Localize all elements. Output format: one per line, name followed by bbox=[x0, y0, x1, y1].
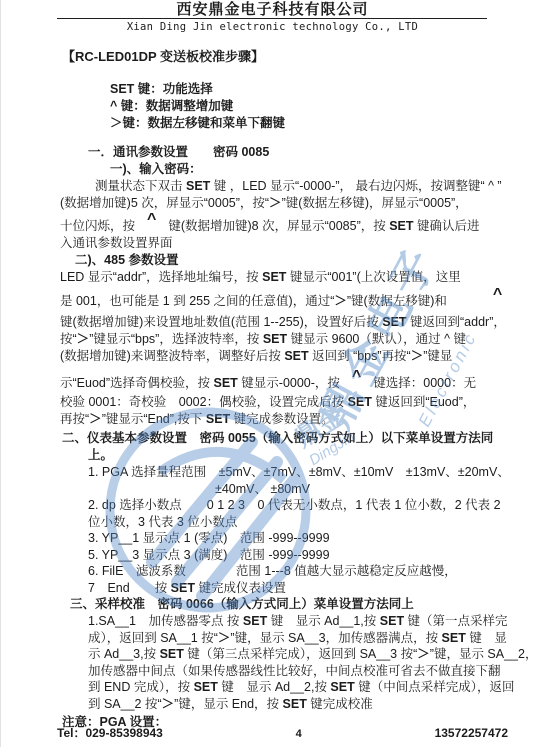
page-header: 西安鼎金电子科技有限公司 Xian Ding Jin electronic te… bbox=[0, 0, 545, 36]
doc-line-text: 按“＞”键显示“bps”，选择波特率，按 SET 键显示 9600（默认），通过… bbox=[60, 332, 466, 346]
doc-line-text: 是 001，也可能是 1 到 255 之间的任意值)，通过“＞”键(数据左移键)… bbox=[60, 294, 447, 308]
doc-line-text: 校验 0001：奇校验 0002：偶校验，设置完成后按 SET 键返回到“Euo… bbox=[60, 395, 475, 409]
doc-line: 【RC-LED01DP 变送板校准步骤】 bbox=[62, 48, 521, 65]
doc-line: 到 END 完成），按 SET 键 显示 Ad__2,按 SET 键（中间点采样… bbox=[88, 679, 521, 696]
document-body: 【RC-LED01DP 变送板校准步骤】SET 键：功能选择^ 键：数据调整增加… bbox=[60, 48, 521, 731]
doc-line-text: 1. PGA 选择量程范围 ±5mV、±7mV、±8mV、±10mV ±13mV… bbox=[88, 465, 510, 479]
document-page: 西安鼎金电子科技有限公司 Xian Ding Jin electronic te… bbox=[0, 0, 545, 747]
doc-line-text: 再按“＞”键显示“End”,按下 SET 键完成参数设置。 bbox=[60, 412, 334, 426]
doc-line-text: 位小数，3 代表 3 位小数点 bbox=[88, 515, 237, 529]
caret-up-symbol: ^ bbox=[135, 211, 168, 228]
doc-line-text: 5. YP__3 显示点 3 (满度) 范围 -999--9999 bbox=[88, 548, 330, 562]
doc-line-text: 1.SA__1 加传感器零点 按 SET 键 显示 Ad__1,按 SET 键（… bbox=[88, 614, 508, 628]
doc-line: 入通讯参数设置界面 bbox=[60, 235, 521, 252]
doc-line-text: 到 SA__2 按“＞”键，显示 End，按 SET 键完成校准 bbox=[88, 697, 373, 711]
doc-line: 校验 0001：奇校验 0002：偶校验，设置完成后按 SET 键返回到“Euo… bbox=[60, 394, 521, 411]
doc-line: 十位闪烁，按^键(数据增加键)8 次，屏显示“0085”，按 SET 键确认后进 bbox=[60, 217, 521, 235]
doc-line-text: 7 End 按 SET 键完成仪表设置 bbox=[88, 581, 286, 595]
doc-line-text: 键(数据增加键)8 次，屏显示“0085”，按 SET 键确认后进 bbox=[168, 219, 479, 233]
doc-line-text: 测量状态下双击 SET 键 ，LED 显示“-0000-”， 最右边闪烁，按调整… bbox=[95, 179, 502, 193]
doc-line-text: ＞键：数据左移键和菜单下翻键 bbox=[110, 116, 285, 130]
doc-line: 是 001，也可能是 1 到 255 之间的任意值)，通过“＞”键(数据左移键)… bbox=[60, 292, 521, 310]
doc-line: 再按“＞”键显示“End”,按下 SET 键完成参数设置。 bbox=[60, 411, 521, 428]
doc-line: 三、采样校准 密码 0066（输入方式同上）菜单设置方法同上 bbox=[70, 596, 521, 613]
caret-up-symbol: ^ bbox=[340, 368, 373, 385]
doc-line-text: (数据增加键)来调整波特率，调整好后按 SET 返回到 “bps”再按“＞”键显 bbox=[60, 349, 452, 363]
doc-line-text: 十位闪烁，按 bbox=[60, 219, 135, 233]
doc-line-text: SET 键：功能选择 bbox=[110, 82, 213, 96]
doc-line: 6. FilE 滤波系数 范围 1---8 值越大显示越稳定反应越慢， bbox=[88, 563, 521, 580]
doc-line: LED 显示“addr”，选择地址编号，按 SET 键显示“001”(上次设置值… bbox=[60, 269, 521, 286]
doc-line-text: (数据增加键)5 次，屏显示“0005”，按“＞”键(数据左移键)，屏显示“00… bbox=[60, 196, 468, 210]
doc-line-text: 一)、输入密码： bbox=[110, 162, 202, 176]
doc-line: 键(数据增加键)来设置地址数值(范围 1--255)，设置好后按 SET 键返回… bbox=[60, 314, 521, 331]
footer-telephone: Tel：029-85398943 bbox=[57, 724, 163, 741]
doc-line-text: 6. FilE 滤波系数 范围 1---8 值越大显示越稳定反应越慢， bbox=[88, 564, 457, 578]
doc-line: ±40mV、 ±80mV bbox=[215, 481, 521, 498]
doc-line: 7 End 按 SET 键完成仪表设置 bbox=[88, 580, 521, 597]
doc-line: 测量状态下双击 SET 键 ，LED 显示“-0000-”， 最右边闪烁，按调整… bbox=[60, 178, 521, 195]
doc-line: 一)、输入密码： bbox=[110, 161, 521, 178]
doc-line: 3. YP__1 显示点 1 (零点) 范围 -999--9999 bbox=[88, 530, 521, 547]
doc-line-text: 键选择：0000：无 bbox=[373, 376, 476, 390]
caret-up-symbol: ^ bbox=[447, 286, 502, 303]
company-name-cn: 西安鼎金电子科技有限公司 bbox=[0, 2, 545, 18]
doc-line-text: 上。 bbox=[88, 448, 113, 462]
doc-line: 二、仪表基本参数设置 密码 0055（输入密码方式如上）以下菜单设置方法同 bbox=[62, 430, 521, 447]
doc-line-text: 2. dp 选择小数点 0 1 2 3 0 代表无小数点，1 代表 1 位小数，… bbox=[88, 498, 501, 512]
doc-line: 按“＞”键显示“bps”，选择波特率，按 SET 键显示 9600（默认），通过… bbox=[60, 331, 521, 348]
doc-line-text: 二、仪表基本参数设置 密码 0055（输入密码方式如上）以下菜单设置方法同 bbox=[62, 431, 493, 445]
doc-line-text: 加传感器中间点（如果传感器线性比较好，中间点校准可省去不做直接下翻 bbox=[88, 664, 501, 678]
footer-mobile-number: 13572257472 bbox=[435, 726, 508, 740]
doc-line: (数据增加键)来调整波特率，调整好后按 SET 返回到 “bps”再按“＞”键显 bbox=[60, 348, 521, 365]
doc-line-text: 一．通讯参数设置 密码 0085 bbox=[88, 145, 269, 159]
doc-line-text: ±40mV、 ±80mV bbox=[215, 482, 310, 496]
doc-line: 位小数，3 代表 3 位小数点 bbox=[88, 514, 521, 531]
doc-line: 示“Euod”选择奇偶校验，按 SET 键显示-0000-，按^键选择：0000… bbox=[60, 374, 521, 392]
doc-line: 成），返回到 SA__1 按“＞”键，显示 SA__3，加传感器满点，按 SET… bbox=[88, 630, 521, 647]
doc-line: 一．通讯参数设置 密码 0085 bbox=[88, 144, 521, 161]
doc-line: 1.SA__1 加传感器零点 按 SET 键 显示 Ad__1,按 SET 键（… bbox=[88, 613, 521, 630]
doc-line: 示 Ad__3,按 SET 键（第三点采样完成），返回到 SA__3 按“＞”键… bbox=[88, 646, 521, 663]
doc-line-text: 到 END 完成），按 SET 键 显示 Ad__2,按 SET 键（中间点采样… bbox=[88, 680, 514, 694]
doc-line: 到 SA__2 按“＞”键，显示 End，按 SET 键完成校准 bbox=[88, 696, 521, 713]
doc-line-text: 键(数据增加键)来设置地址数值(范围 1--255)，设置好后按 SET 键返回… bbox=[60, 315, 506, 329]
doc-line: 二)、485 参数设置 bbox=[75, 252, 521, 269]
doc-line-text: LED 显示“addr”，选择地址编号，按 SET 键显示“001”(上次设置值… bbox=[60, 270, 461, 284]
doc-line-text: 三、采样校准 密码 0066（输入方式同上）菜单设置方法同上 bbox=[70, 597, 414, 611]
company-name-en: Xian Ding Jin electronic technology Co.,… bbox=[0, 19, 545, 36]
doc-line: ^ 键：数据调整增加键 bbox=[110, 98, 521, 115]
doc-line: ＞键：数据左移键和菜单下翻键 bbox=[110, 115, 521, 132]
doc-line: SET 键：功能选择 bbox=[110, 81, 521, 98]
doc-line-text: 成），返回到 SA__1 按“＞”键，显示 SA__3，加传感器满点，按 SET… bbox=[88, 631, 507, 645]
footer-page-number: 4 bbox=[296, 728, 302, 740]
page-footer: Tel：029-85398943 4 13572257472 bbox=[57, 724, 508, 741]
doc-line-text: 【RC-LED01DP 变送板校准步骤】 bbox=[62, 49, 264, 64]
doc-line-text: 示 Ad__3,按 SET 键（第三点采样完成），返回到 SA__3 按“＞”键… bbox=[88, 647, 537, 661]
doc-line: 上。 bbox=[88, 447, 521, 464]
doc-line-text: 3. YP__1 显示点 1 (零点) 范围 -999--9999 bbox=[88, 531, 330, 545]
doc-line: (数据增加键)5 次，屏显示“0005”，按“＞”键(数据左移键)，屏显示“00… bbox=[60, 195, 521, 212]
doc-line-text: 示“Euod”选择奇偶校验，按 SET 键显示-0000-，按 bbox=[60, 376, 340, 390]
doc-line-text: 二)、485 参数设置 bbox=[75, 253, 179, 267]
doc-line: 5. YP__3 显示点 3 (满度) 范围 -999--9999 bbox=[88, 547, 521, 564]
doc-line: 2. dp 选择小数点 0 1 2 3 0 代表无小数点，1 代表 1 位小数，… bbox=[88, 497, 521, 514]
doc-line: 1. PGA 选择量程范围 ±5mV、±7mV、±8mV、±10mV ±13mV… bbox=[88, 464, 521, 481]
doc-line-text: 入通讯参数设置界面 bbox=[60, 236, 173, 250]
doc-line-text: ^ 键：数据调整增加键 bbox=[110, 99, 233, 113]
doc-line: 加传感器中间点（如果传感器线性比较好，中间点校准可省去不做直接下翻 bbox=[88, 663, 521, 680]
